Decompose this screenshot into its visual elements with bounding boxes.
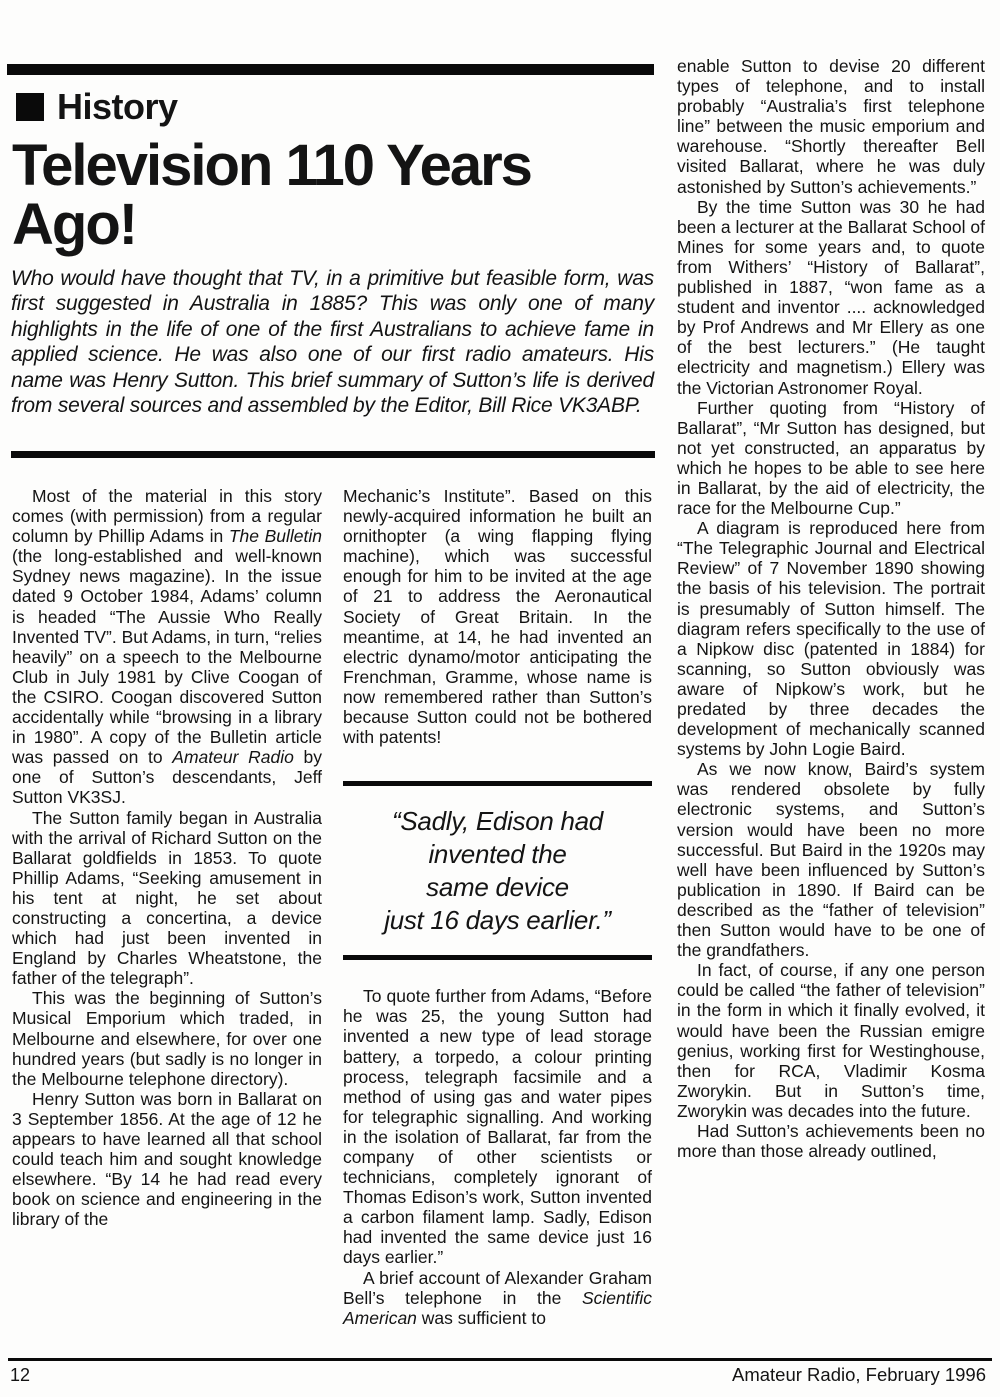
- pull-quote: “Sadly, Edison hadinvented thesame devic…: [343, 781, 652, 960]
- footer-rule: [8, 1358, 992, 1361]
- body-paragraph: enable Sutton to devise 20 different typ…: [677, 56, 985, 197]
- article-lead: Who would have thought that TV, in a pri…: [11, 266, 654, 418]
- body-paragraph: As we now know, Baird’s system was rende…: [677, 759, 985, 960]
- body-paragraph: Further quoting from “History of Ballara…: [677, 398, 985, 519]
- body-paragraph: Mechanic’s Institute”. Based on this new…: [343, 486, 652, 747]
- body-paragraph: Most of the material in this story comes…: [12, 486, 322, 808]
- body-paragraph: A diagram is reproduced here from “The T…: [677, 518, 985, 759]
- body-paragraph: By the time Sutton was 30 he had been a …: [677, 197, 985, 398]
- body-paragraph: A brief account of Alexander Graham Bell…: [343, 1268, 652, 1328]
- page-number: 12: [10, 1365, 30, 1386]
- header-top-rule: [7, 64, 654, 75]
- body-paragraph: Henry Sutton was born in Ballarat on 3 S…: [12, 1089, 322, 1230]
- pull-quote-line: invented the: [343, 838, 652, 871]
- square-bullet-icon: [16, 93, 44, 121]
- magazine-page: History Television 110 Years Ago! Who wo…: [0, 0, 1000, 1397]
- article-title-line1: Television 110 Years: [12, 136, 662, 195]
- journal-footer: Amateur Radio, February 1996: [732, 1364, 986, 1386]
- section-label: History: [57, 86, 178, 128]
- column-2-bottom: To quote further from Adams, “Before he …: [343, 986, 652, 1328]
- column-2-top: Mechanic’s Institute”. Based on this new…: [343, 486, 652, 747]
- body-paragraph: To quote further from Adams, “Before he …: [343, 986, 652, 1267]
- column-1: Most of the material in this story comes…: [12, 486, 322, 1229]
- body-paragraph: This was the beginning of Sutton’s Music…: [12, 988, 322, 1088]
- pull-quote-line: same device: [343, 871, 652, 904]
- body-paragraph: The Sutton family began in Australia wit…: [12, 808, 322, 989]
- body-paragraph: In fact, of course, if any one person co…: [677, 960, 985, 1121]
- article-title-line2: Ago!: [12, 195, 662, 254]
- article-title: Television 110 Years Ago!: [12, 136, 662, 254]
- pull-quote-line: just 16 days earlier.”: [343, 904, 652, 937]
- lead-bottom-rule: [11, 451, 655, 458]
- pull-quote-line: “Sadly, Edison had: [343, 805, 652, 838]
- section-heading: History: [16, 86, 178, 128]
- column-3: enable Sutton to devise 20 different typ…: [677, 56, 985, 1161]
- body-paragraph: Had Sutton’s achievements been no more t…: [677, 1121, 985, 1161]
- column-2: Mechanic’s Institute”. Based on this new…: [343, 486, 652, 1328]
